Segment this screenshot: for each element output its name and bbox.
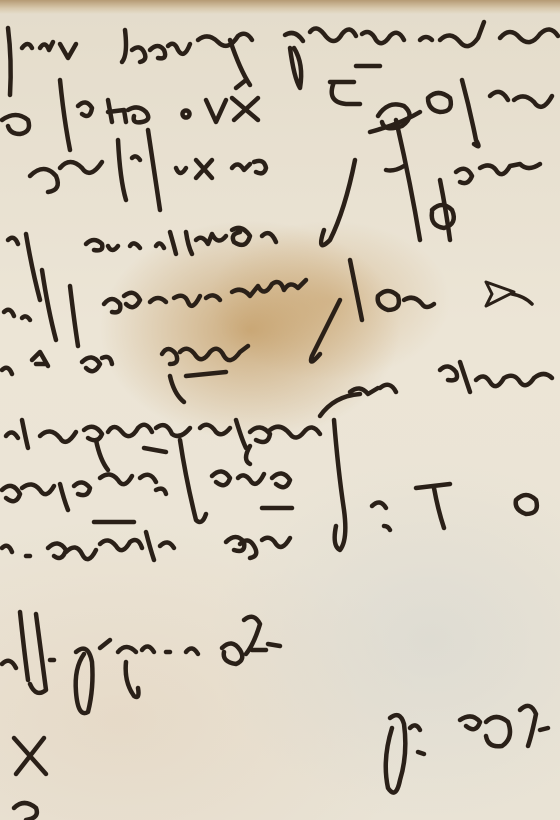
manuscript-page: Handwritten manuscript page in mirror sc… (0, 0, 560, 820)
handwriting-ink (0, 0, 560, 820)
